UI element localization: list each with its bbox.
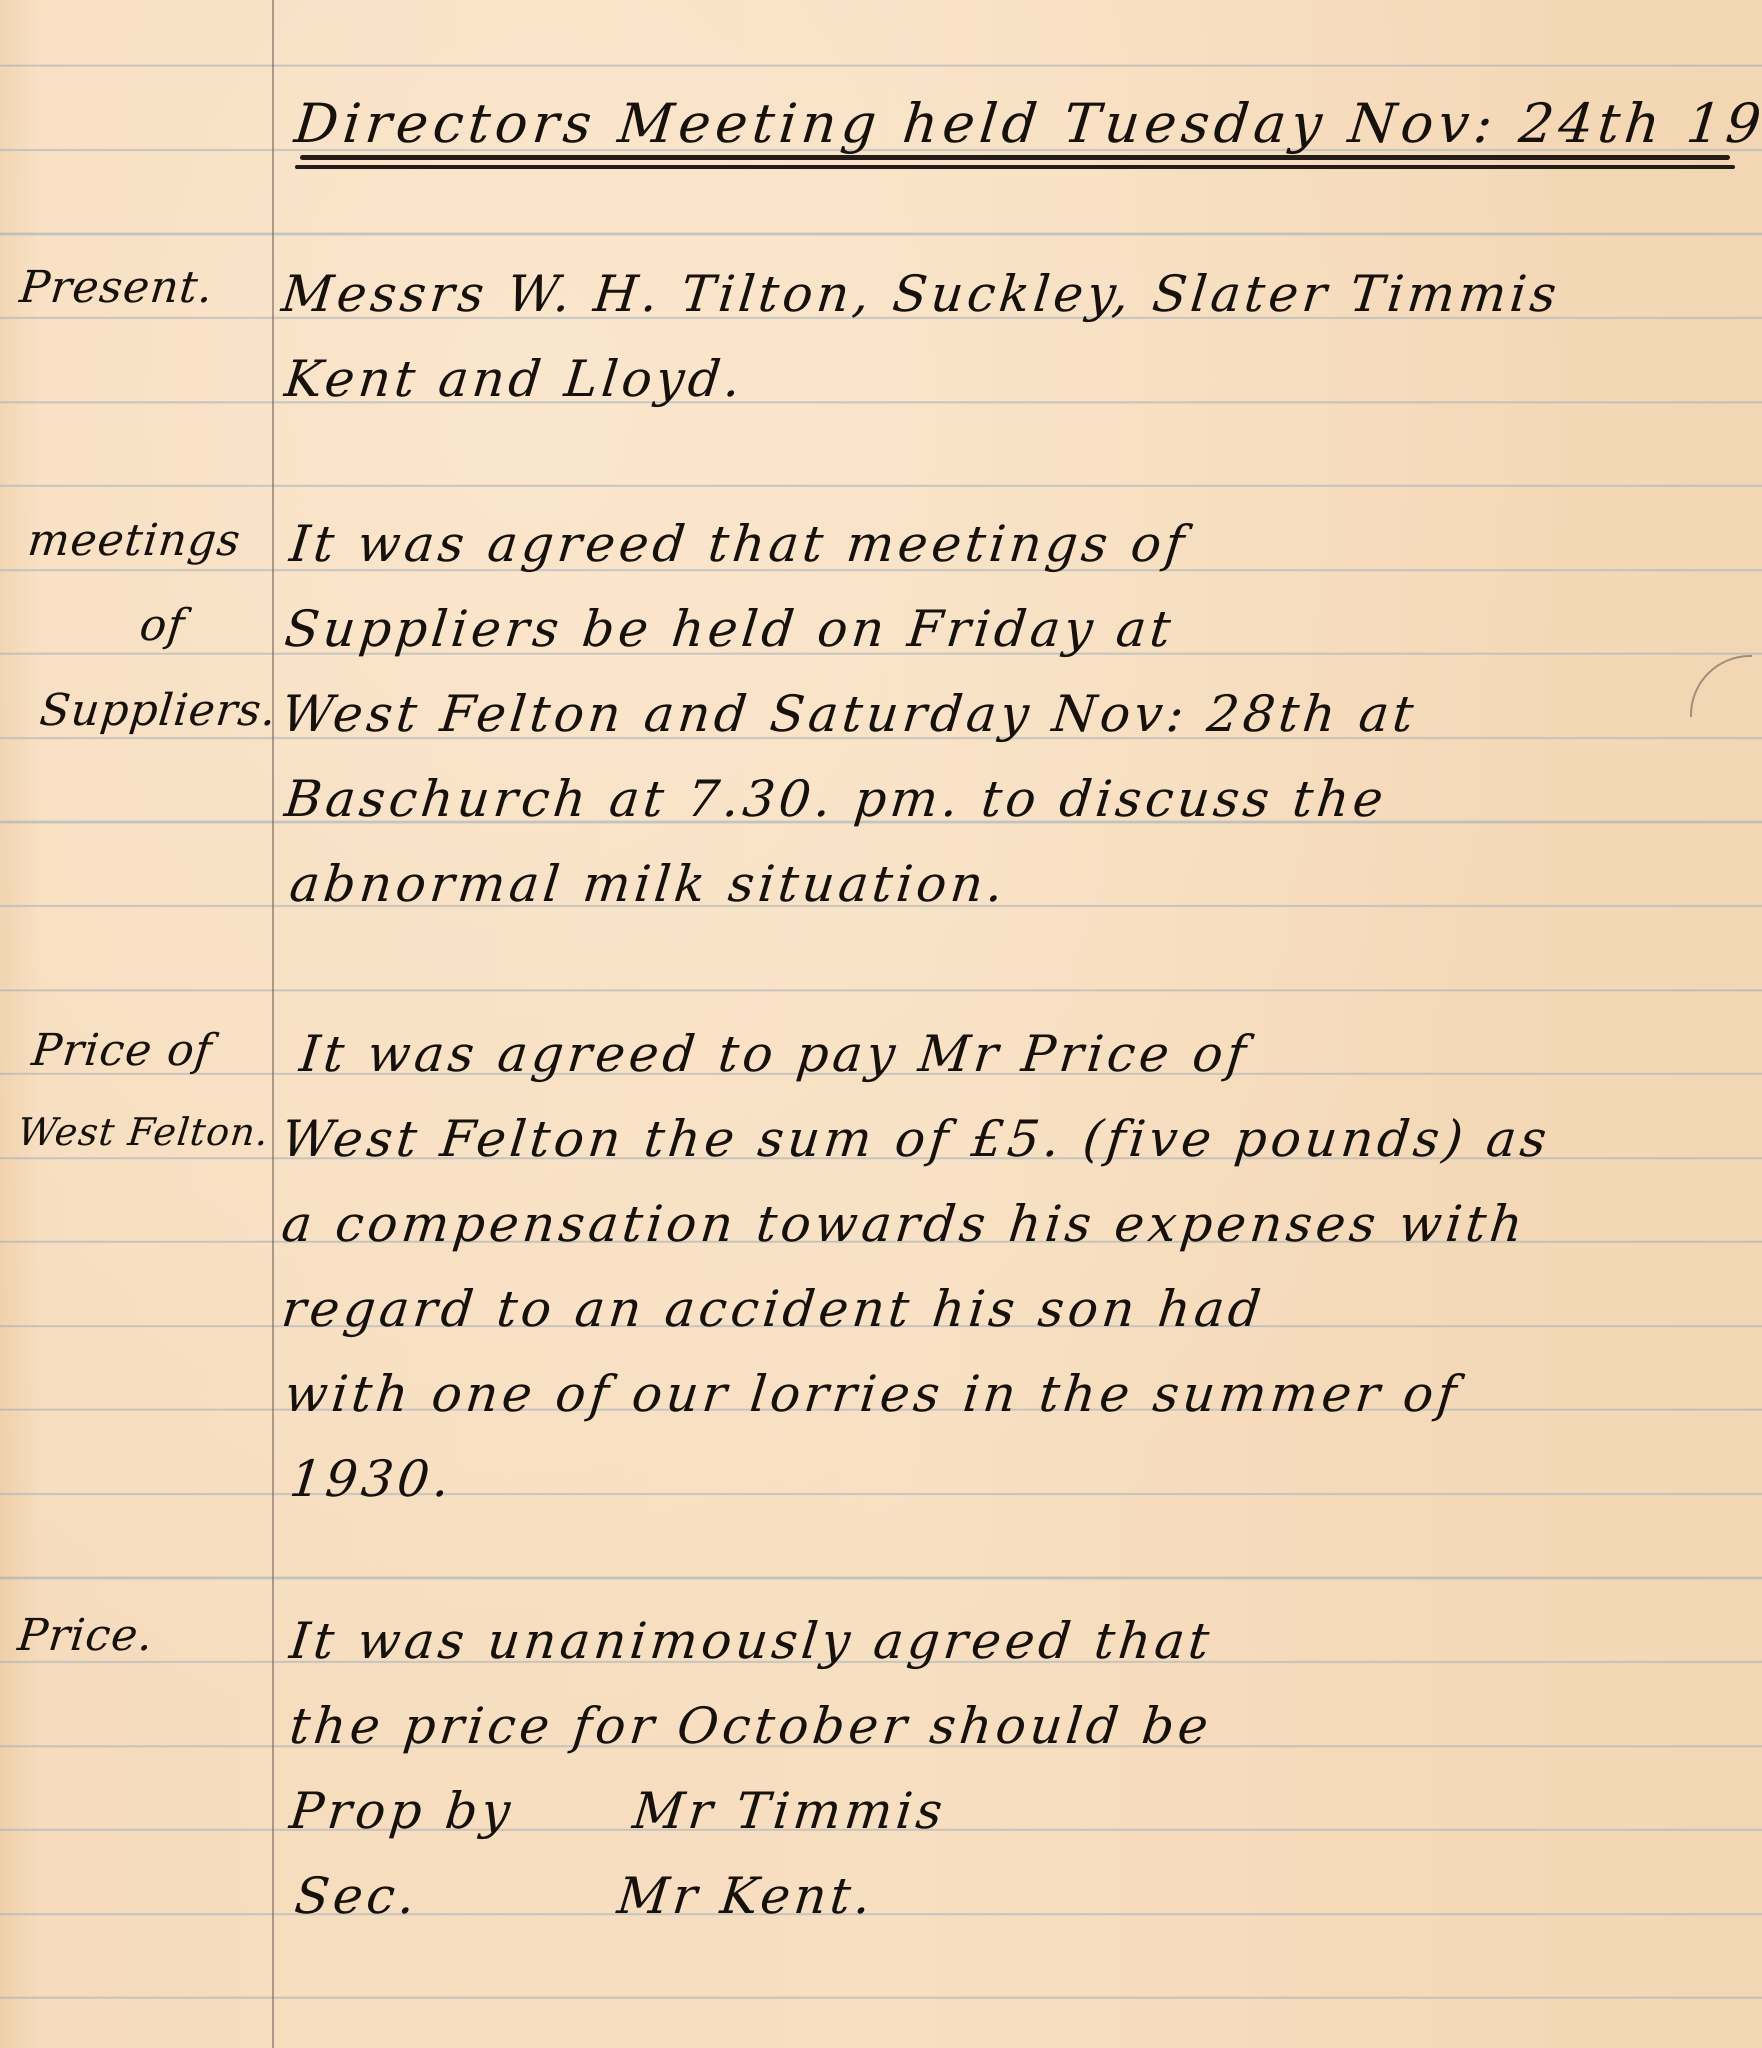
stray-pencil-mark: [1690, 655, 1752, 717]
entry-line: It was unanimously agreed that: [287, 1612, 1216, 1670]
entry-line: Kent and Lloyd.: [282, 350, 747, 408]
entry-line: the price for October should be: [287, 1697, 1215, 1755]
entry-line: regard to an accident his son had: [279, 1280, 1267, 1338]
proposed-by-line: Prop by Mr Timmis: [287, 1782, 949, 1840]
entry-line: Suppliers be held on Friday at: [282, 600, 1177, 658]
title-underline-1: [300, 155, 1730, 160]
entry-line: with one of our lorries in the summer of: [282, 1365, 1463, 1423]
entry-line: It was agreed to pay Mr Price of: [297, 1025, 1252, 1083]
margin-label-west-felton: West Felton.: [16, 1110, 272, 1154]
entry-line: Baschurch at 7.30. pm. to discuss the: [282, 770, 1390, 828]
ledger-page: Directors Meeting held Tuesday Nov: 24th…: [0, 0, 1762, 2048]
margin-label-of: of: [137, 600, 187, 651]
margin-label-suppliers: Suppliers.: [37, 685, 279, 736]
page-title: Directors Meeting held Tuesday Nov: 24th…: [292, 92, 1762, 155]
title-underline-2: [295, 165, 1735, 169]
entry-line: It was agreed that meetings of: [287, 515, 1191, 573]
margin-label-meetings: meetings: [25, 515, 243, 566]
margin-label-price: Price.: [15, 1610, 156, 1661]
entry-line: West Felton and Saturday Nov: 28th at: [279, 685, 1420, 743]
entry-line: a compensation towards his expenses with: [279, 1195, 1529, 1253]
entry-line: abnormal milk situation.: [287, 855, 1010, 913]
seconded-by-line: Sec. Mr Kent.: [292, 1867, 878, 1925]
margin-rule: [272, 0, 274, 2048]
entry-line: Messrs W. H. Tilton, Suckley, Slater Tim…: [279, 265, 1563, 323]
margin-label-price-of: Price of: [29, 1025, 215, 1076]
entry-line: 1930.: [287, 1450, 456, 1508]
entry-line: West Felton the sum of £5. (five pounds)…: [279, 1110, 1553, 1168]
margin-label-present: Present.: [17, 262, 216, 313]
